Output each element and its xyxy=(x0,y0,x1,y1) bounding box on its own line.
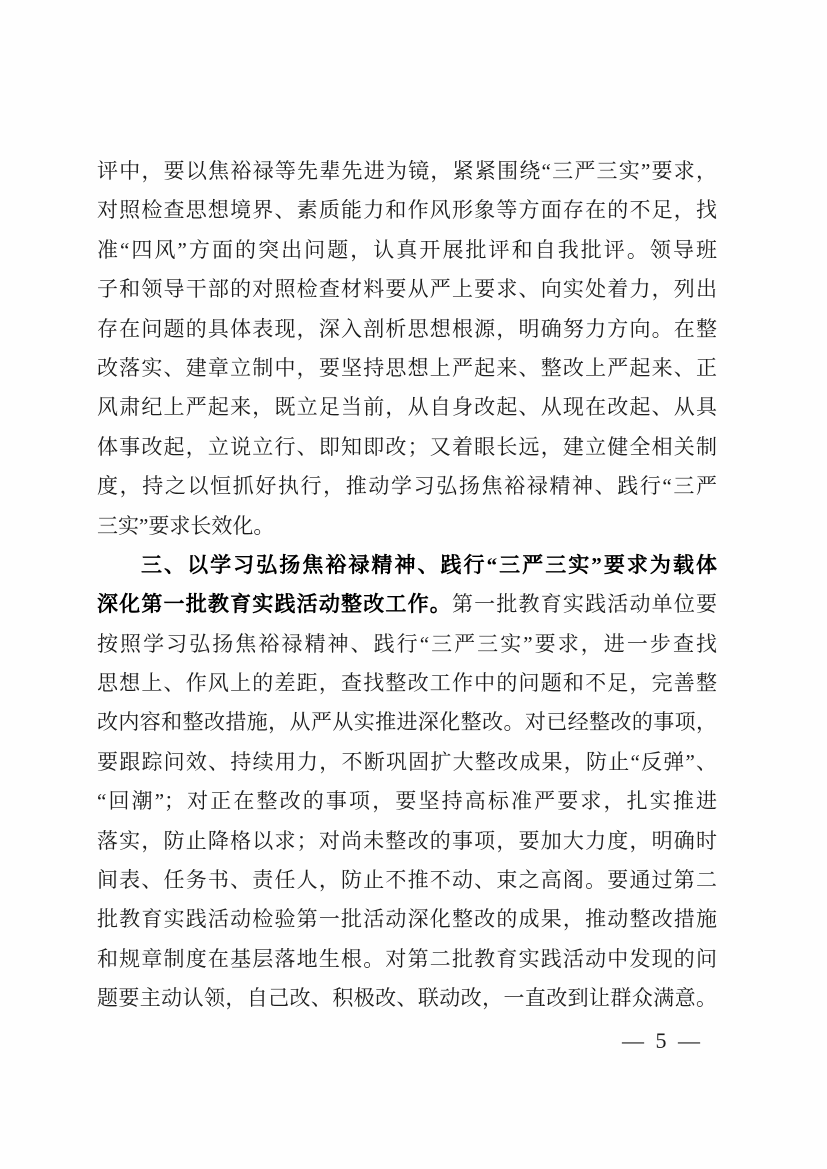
text-line: 落实，防止降格以求；对尚未整改的事项，要加大力度，明确时 xyxy=(97,822,717,861)
text-line: 度，持之以恒抓好执行，推动学习弘扬焦裕禄精神、践行“三严 xyxy=(97,467,717,506)
text-segment: 风肃纪上严起来，既立足当前，从自身改起、从现在改起、从具 xyxy=(97,395,717,419)
text-line: 题要主动认领，自己改、积极改、联动改，一直改到让群众满意。 xyxy=(97,979,717,1018)
text-segment: 存在问题的具体表现，深入剖析思想根源，明确努力方向。在整 xyxy=(97,317,717,341)
text-segment: 题要主动认领，自己改、积极改、联动改，一直改到让群众满意。 xyxy=(97,986,717,1010)
text-segment: 体事改起，立说立行、即知即改；又着眼长远，建立健全相关制 xyxy=(97,435,717,459)
document-page: 评中，要以焦裕禄等先辈先进为镜，紧紧围绕“三严三实”要求，对照检查思想境界、素质… xyxy=(0,0,827,1169)
text-line: 风肃纪上严起来，既立足当前，从自身改起、从现在改起、从具 xyxy=(97,388,717,427)
text-line: 存在问题的具体表现，深入剖析思想根源，明确努力方向。在整 xyxy=(97,310,717,349)
text-segment: 和规章制度在基层落地生根。对第二批教育实践活动中发现的问 xyxy=(97,947,717,971)
text-line: 改内容和整改措施，从严从实推进深化整改。对已经整改的事项， xyxy=(97,703,717,742)
text-line: 深化第一批教育实践活动整改工作。第一批教育实践活动单位要 xyxy=(97,585,717,624)
text-line: “回潮”；对正在整改的事项，要坚持高标准严要求，扎实推进 xyxy=(97,782,717,821)
text-segment: 要跟踪问效、持续用力，不断巩固扩大整改成果，防止“反弹”、 xyxy=(97,750,717,774)
text-line: 间表、任务书、责任人，防止不推不动、束之高阁。要通过第二 xyxy=(97,861,717,900)
text-line: 子和领导干部的对照检查材料要从严上要求、向实处着力，列出 xyxy=(97,270,717,309)
text-segment: 思想上、作风上的差距，查找整改工作中的问题和不足，完善整 xyxy=(97,671,717,695)
text-line: 评中，要以焦裕禄等先辈先进为镜，紧紧围绕“三严三实”要求， xyxy=(97,152,717,191)
text-line: 按照学习弘扬焦裕禄精神、践行“三严三实”要求，进一步查找 xyxy=(97,625,717,664)
text-line: 批教育实践活动检验第一批活动深化整改的成果，推动整改措施 xyxy=(97,900,717,939)
bold-text-segment: 三、以学习弘扬焦裕禄精神、践行“三严三实”要求为载体 xyxy=(141,553,717,577)
text-segment: 第一批教育实践活动单位要 xyxy=(452,592,717,616)
text-segment: 评中，要以焦裕禄等先辈先进为镜，紧紧围绕“三严三实”要求， xyxy=(97,159,717,183)
text-segment: 对照检查思想境界、素质能力和作风形象等方面存在的不足，找 xyxy=(97,198,717,222)
document-body: 评中，要以焦裕禄等先辈先进为镜，紧紧围绕“三严三实”要求，对照检查思想境界、素质… xyxy=(97,152,717,1019)
text-segment: 准“四风”方面的突出问题，认真开展批评和自我批评。领导班 xyxy=(97,238,717,262)
text-line: 思想上、作风上的差距，查找整改工作中的问题和不足，完善整 xyxy=(97,664,717,703)
text-segment: 落实，防止降格以求；对尚未整改的事项，要加大力度，明确时 xyxy=(97,829,717,853)
text-line: 和规章制度在基层落地生根。对第二批教育实践活动中发现的问 xyxy=(97,940,717,979)
text-line: 三、以学习弘扬焦裕禄精神、践行“三严三实”要求为载体 xyxy=(97,546,717,585)
text-segment: “回潮”；对正在整改的事项，要坚持高标准严要求，扎实推进 xyxy=(97,789,717,813)
text-segment: 批教育实践活动检验第一批活动深化整改的成果，推动整改措施 xyxy=(97,907,717,931)
text-segment: 改内容和整改措施，从严从实推进深化整改。对已经整改的事项， xyxy=(97,710,717,734)
text-segment: 按照学习弘扬焦裕禄精神、践行“三严三实”要求，进一步查找 xyxy=(97,632,717,656)
text-line: 体事改起，立说立行、即知即改；又着眼长远，建立健全相关制 xyxy=(97,428,717,467)
text-line: 要跟踪问效、持续用力，不断巩固扩大整改成果，防止“反弹”、 xyxy=(97,743,717,782)
text-segment: 改落实、建章立制中，要坚持思想上严起来、整改上严起来、正 xyxy=(97,356,717,380)
text-segment: 度，持之以恒抓好执行，推动学习弘扬焦裕禄精神、践行“三严 xyxy=(97,474,717,498)
page-number: — 5 — xyxy=(97,1028,717,1054)
text-segment: 子和领导干部的对照检查材料要从严上要求、向实处着力，列出 xyxy=(97,277,717,301)
text-line: 对照检查思想境界、素质能力和作风形象等方面存在的不足，找 xyxy=(97,191,717,230)
text-segment: 三实”要求长效化。 xyxy=(97,514,274,538)
text-line: 准“四风”方面的突出问题，认真开展批评和自我批评。领导班 xyxy=(97,231,717,270)
text-segment: 间表、任务书、责任人，防止不推不动、束之高阁。要通过第二 xyxy=(97,868,717,892)
text-line: 改落实、建章立制中，要坚持思想上严起来、整改上严起来、正 xyxy=(97,349,717,388)
bold-text-segment: 深化第一批教育实践活动整改工作。 xyxy=(97,592,452,616)
text-line: 三实”要求长效化。 xyxy=(97,507,717,546)
